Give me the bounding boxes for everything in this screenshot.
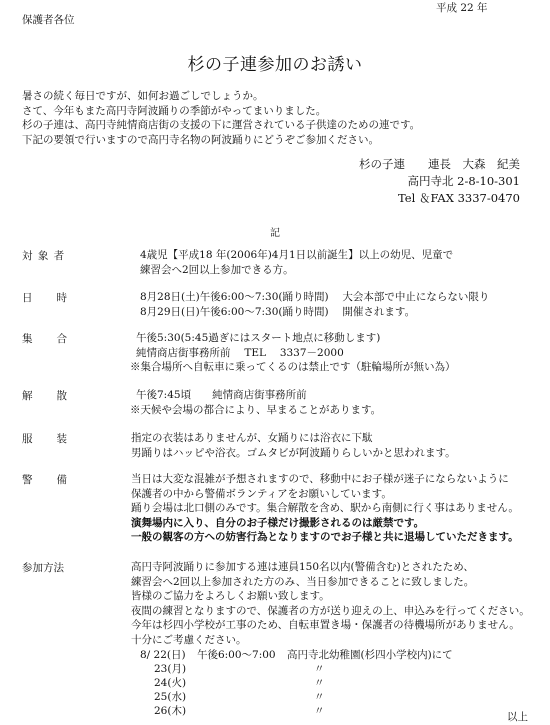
sender-name: 杉の子連 連長 大森 紀美 [359,156,520,173]
section-label-security: 警 備 [22,472,68,487]
schedule-date: 24(火) [154,677,186,689]
section-participation: 高円寺阿波踊りに参加する連は連員150名以内(警備含む)とされたため、 練習会へ… [131,560,530,647]
section-line: 今年は杉四小学校が工事のため、自転車置き場・保護者の待機場所がありません。 [131,618,530,633]
schedule-date: 26(木) [154,705,186,717]
section-label-gather: 集 合 [22,331,68,346]
section-line: ※集合場所へ自転車に乗ってくるのは禁止です（駐輪場所が無い為） [130,360,456,375]
section-line: 男踊りはハッピや浴衣。ゴムタビが阿波踊りらしいかと思われます。 [131,446,456,461]
section-line: 8月28日(土)午後6:00～7:30(踊り時間) 大会本部で中止にならない限り [140,290,489,305]
section-line: 8月29日(日)午後6:00～7:30(踊り時間) 開催されます。 [140,305,489,320]
section-line: 指定の衣装はありませんが、女踊りには浴衣に下駄 [131,431,456,446]
schedule-date: 8/ 22(日) [140,649,186,661]
schedule-ditto: 〃 [314,689,325,704]
schedule-ditto: 〃 [314,661,325,676]
warning-line: 一般の観客の方への妨害行為となりますのでお子様と共に退場していただきます。 [131,530,519,545]
section-line: 午後7:45頃 純情商店街事務所前 [136,388,381,403]
section-label-dismiss: 解 散 [22,388,68,403]
page-title: 杉の子連参加のお誘い [0,50,550,75]
schedule-row: 25(水) [154,689,186,704]
section-line: 十分にご考慮ください。 [131,633,530,648]
section-line: 高円寺阿波踊りに参加する連は連員150名以内(警備含む)とされたため、 [131,560,530,575]
intro-paragraph: 暑さの続く毎日ですが、如何お過ごしでしょうか。 さて、今年もまた高円寺阿波踊りの… [22,89,420,147]
document-date: 平成 22 年 [436,0,488,15]
section-label-target: 対 象 者 [22,248,65,263]
schedule-ditto: 〃 [314,703,325,718]
section-security: 当日は大変な混雑が予想されますので、移動中にお子様が迷子にならないように 保護者… [131,472,519,545]
warning-line: 演舞場内に入り、自分のお子様だけ撮影されるのは厳禁です。 [131,516,519,531]
section-gather: 午後5:30(5:45過ぎにはスタート地点に移動します) 純情商店街事務所前 T… [136,331,456,375]
section-label-participation: 参加方法 [22,560,64,575]
intro-line: さて、今年もまた高円寺阿波踊りの季節がやってまいりました。 [22,104,420,119]
section-line: 保護者の中から警備ボランティアをお願いしています。 [131,487,519,502]
section-line: 当日は大変な混雑が予想されますので、移動中にお子様が迷子にならないように [131,472,519,487]
schedule-time: 午後6:00～7:00 [197,649,276,661]
section-label-datetime: 日 時 [22,290,68,305]
schedule-date: 23(月) [154,663,186,675]
section-line: 午後5:30(5:45過ぎにはスタート地点に移動します) [136,331,456,346]
section-line: 夜間の練習となりますので、保護者の方が送り迎えの上、申込みを行ってください。 [131,604,530,619]
schedule-place: 高円寺北幼稚園(杉四小学校内)にて [287,649,453,661]
section-datetime: 8月28日(土)午後6:00～7:30(踊り時間) 大会本部で中止にならない限り… [140,290,489,319]
section-line: ※天候や会場の都合により、早まることがあります。 [130,403,381,418]
sender-address: 高円寺北 2-8-10-301 [359,173,520,190]
section-target: 4歳児【平成18 年(2006年)4月1日以前誕生】以上の幼児、児童で 練習会へ… [140,248,453,277]
schedule-row: 8/ 22(日) 午後6:00～7:00 高円寺北幼稚園(杉四小学校内)にて [140,647,453,662]
ki-heading: 記 [0,224,550,239]
schedule-row: 23(月) [154,661,186,676]
schedule-ditto: 〃 [314,675,325,690]
section-line: 踊り会場は北口側のみです。集合解散を含め、駅から南側に行く事はありません。 [131,501,519,516]
sender-block: 杉の子連 連長 大森 紀美 高円寺北 2-8-10-301 Tel ＆FAX 3… [359,156,520,207]
intro-line: 暑さの続く毎日ですが、如何お過ごしでしょうか。 [22,89,420,104]
section-line: 練習会へ2回以上参加できる方。 [140,263,453,278]
section-line: 純情商店街事務所前 TEL 3337－2000 [136,346,456,361]
schedule-date: 25(水) [154,691,186,703]
section-line: 練習会へ2回以上参加された方のみ、当日参加できることに致しました。 [131,575,530,590]
intro-line: 下記の要領で行いますので高円寺名物の阿波踊りにどうぞご参加ください。 [22,133,420,148]
section-dismiss: 午後7:45頃 純情商店街事務所前 ※天候や会場の都合により、早まることがありま… [136,388,381,417]
sender-phone: Tel ＆FAX 3337-0470 [359,190,520,207]
intro-line: 杉の子連は、高円寺純情商店街の支援の下に運営されている子供達のための連です。 [22,118,420,133]
section-line: 皆様のご協力をよろしくお願い致します。 [131,589,530,604]
section-clothing: 指定の衣装はありませんが、女踊りには浴衣に下駄 男踊りはハッピや浴衣。ゴムタビが… [131,431,456,460]
schedule-row: 24(火) [154,675,186,690]
closing-mark: 以上 [507,709,528,724]
section-label-clothing: 服 装 [22,431,68,446]
section-line: 4歳児【平成18 年(2006年)4月1日以前誕生】以上の幼児、児童で [140,248,453,263]
addressee: 保護者各位 [22,12,75,27]
schedule-row: 26(木) [154,703,186,718]
